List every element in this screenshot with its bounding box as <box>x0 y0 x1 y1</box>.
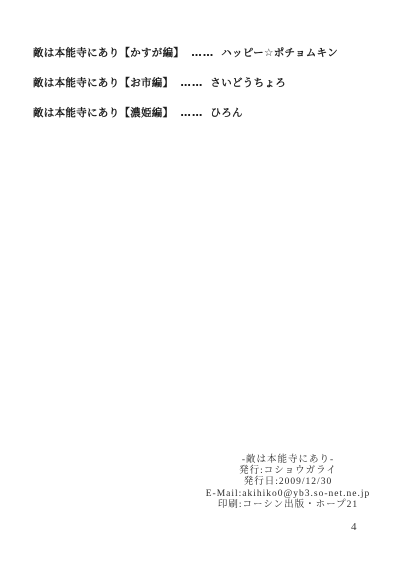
toc-entry-author: ハッピー☆ポチョムキン <box>221 47 338 59</box>
toc-entry-title: 敵は本能寺にあり【濃姫編】 <box>33 107 173 119</box>
toc-entry: 敵は本能寺にあり【濃姫編】……ひろん <box>33 107 338 120</box>
toc-entry: 敵は本能寺にあり【かすが編】……ハッピー☆ポチョムキン <box>33 47 338 60</box>
toc-entry: 敵は本能寺にあり【お市編】……さいどうちょろ <box>33 77 338 90</box>
colophon-title: -敵は本能寺にあり- <box>178 455 398 466</box>
toc-leader-dots: …… <box>180 77 203 89</box>
colophon-printer: 印刷:コーシン出版・ホープ21 <box>178 500 398 511</box>
colophon-publisher: 発行:コショウガライ <box>178 466 398 477</box>
colophon-email: E-Mail:akihiko0@yb3.so-net.ne.jp <box>178 489 398 500</box>
toc-leader-dots: …… <box>191 47 214 59</box>
toc-entry-author: さいどうちょろ <box>210 77 286 89</box>
colophon: -敵は本能寺にあり- 発行:コショウガライ 発行日:2009/12/30 E-M… <box>178 455 398 511</box>
toc-entry-author: ひろん <box>210 107 242 119</box>
colophon-publish-date: 発行日:2009/12/30 <box>178 477 398 488</box>
document-page: 敵は本能寺にあり【かすが編】……ハッピー☆ポチョムキン 敵は本能寺にあり【お市編… <box>0 0 400 562</box>
toc-entry-title: 敵は本能寺にあり【お市編】 <box>33 77 173 89</box>
page-number: 4 <box>351 521 357 533</box>
toc-leader-dots: …… <box>180 107 203 119</box>
table-of-contents: 敵は本能寺にあり【かすが編】……ハッピー☆ポチョムキン 敵は本能寺にあり【お市編… <box>33 47 338 120</box>
toc-entry-title: 敵は本能寺にあり【かすが編】 <box>33 47 184 59</box>
